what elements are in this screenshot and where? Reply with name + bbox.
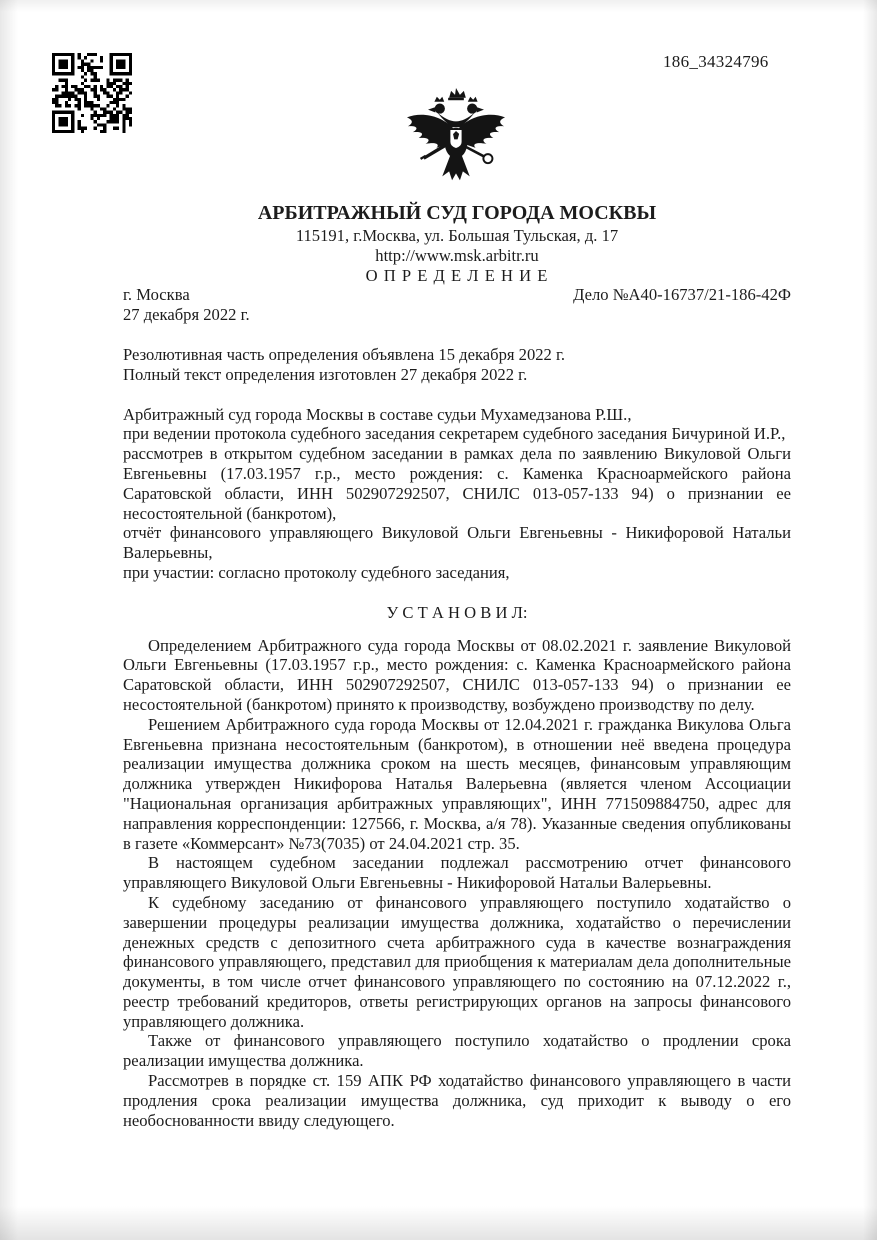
coat-of-arms-icon (402, 84, 510, 196)
case-row: г. Москва Дело №А40-16737/21-186-42Ф (123, 285, 791, 305)
document-content: АРБИТРАЖНЫЙ СУД ГОРОДА МОСКВЫ 115191, г.… (123, 201, 791, 1130)
case-number: Дело №А40-16737/21-186-42Ф (573, 285, 791, 305)
composition-paragraph: при ведении протокола судебного заседани… (123, 424, 791, 444)
issue-date: 27 декабря 2022 г. (123, 305, 791, 325)
ruling-paragraph: Решением Арбитражного суда города Москвы… (123, 715, 791, 854)
ruling-paragraph: Определением Арбитражного суда города Мо… (123, 636, 791, 715)
resolutive-part-line: Резолютивная часть определения объявлена… (123, 345, 791, 365)
composition-paragraph: рассмотрев в открытом судебном заседании… (123, 444, 791, 523)
court-address: 115191, г.Москва, ул. Большая Тульская, … (123, 226, 791, 246)
court-website: http://www.msk.arbitr.ru (123, 246, 791, 266)
court-name: АРБИТРАЖНЫЙ СУД ГОРОДА МОСКВЫ (123, 201, 791, 226)
ruling-heading: У С Т А Н О В И Л: (123, 603, 791, 623)
document-reference-number: 186_34324796 (663, 52, 769, 72)
composition-paragraph: Арбитражный суд города Москвы в составе … (123, 405, 791, 425)
ruling-paragraph: К судебному заседанию от финансового упр… (123, 893, 791, 1032)
composition-paragraph: отчёт финансового управляющего Викуловой… (123, 523, 791, 563)
ruling-paragraph: В настоящем судебном заседании подлежал … (123, 853, 791, 893)
composition-paragraph: при участии: согласно протоколу судебног… (123, 563, 791, 583)
full-text-line: Полный текст определения изготовлен 27 д… (123, 365, 791, 385)
document-type-title: О П Р Е Д Е Л Е Н И Е (123, 266, 791, 286)
ruling-paragraph: Также от финансового управляющего поступ… (123, 1031, 791, 1071)
qr-code-icon (52, 50, 132, 136)
issue-city: г. Москва (123, 285, 190, 305)
ruling-paragraph: Рассмотрев в порядке ст. 159 АПК РФ хода… (123, 1071, 791, 1130)
